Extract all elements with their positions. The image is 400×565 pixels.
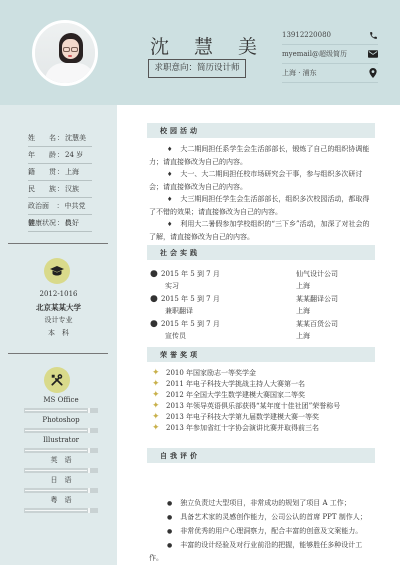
colon: ： — [57, 215, 64, 231]
section-title-practice: 社会实践 — [147, 245, 375, 260]
phone-number: 13912220080 — [282, 31, 331, 39]
info-key: 健康状况 — [28, 215, 56, 231]
campus-text: 大一、大二期间担任校市场研究会干事，参与组织多次研讨会；请直接修改为自己的内容。 — [149, 170, 362, 191]
bullet-icon: ● — [147, 318, 161, 343]
info-row-age: 年龄 ： 24 岁 — [28, 147, 92, 164]
practice-city: 上海 — [296, 330, 376, 342]
info-value: 24 岁 — [65, 147, 83, 163]
practice-company: 某某翻译公司 — [296, 293, 376, 305]
skill-label: 英 语 — [24, 455, 98, 466]
bullet-icon: ● — [147, 293, 161, 318]
colon: ： — [57, 130, 64, 146]
self-eval-item: ●具备艺术家的灵感创作能力，公司公认的首席 PPT 制作人； — [149, 511, 373, 524]
practice-item: ● 2015 年 5 到 7 月兼职翻译 某某翻译公司上海 — [147, 293, 377, 318]
skill-item: 粤 语 — [24, 495, 98, 515]
campus-item: ♦利用大二暑假参加学校组织的“三下乡”活动，加深了对社会的了解，请直接修改为自己… — [149, 218, 373, 243]
practice-date: 2015 年 5 到 7 月 — [161, 293, 296, 305]
campus-item: ♦大三期间担任学生会生活部部长，组织多次校园活动，都取得了不错的效果；请直接修改… — [149, 193, 373, 218]
practice-city: 上海 — [296, 305, 376, 317]
tools-icon — [44, 367, 70, 393]
info-key: 龄 — [49, 147, 56, 163]
edu-degree: 本 科 — [0, 327, 117, 340]
bullet-icon: ● — [167, 542, 172, 549]
job-intent-box: 求职意向：简历设计师 — [148, 59, 246, 78]
info-key: 年 — [28, 147, 35, 163]
mail-icon — [368, 49, 378, 59]
info-key: 名 — [49, 130, 56, 146]
honor-item: ✦2011 年电子科技大学挑战主持人大赛第一名 — [149, 379, 379, 390]
practice-role: 宣传员 — [161, 330, 296, 342]
campus-item: ♦大一、大二期间担任校市场研究会干事，参与组织多次研讨会；请直接修改为自己的内容… — [149, 168, 373, 193]
info-key: 籍 — [28, 164, 35, 180]
skill-bar — [24, 488, 98, 493]
education-block: 2012-1016 北京某某大学 设计专业 本 科 — [0, 288, 117, 340]
skill-label: Photoshop — [24, 415, 98, 426]
sidebar: 姓名 ： 沈慧美 年龄 ： 24 岁 籍贯 ： 上海 民族 ： 汉族 政治面貌 … — [0, 105, 117, 565]
campus-text: 大二期间担任系学生会生活部部长，锻炼了自己的组织协调能力；请直接修改为自己的内容… — [149, 145, 369, 166]
practice-list: ● 2015 年 5 到 7 月实习 仙气设计公司上海 ● 2015 年 5 到… — [147, 268, 377, 343]
practice-item: ● 2015 年 5 到 7 月宣传员 某某百货公司上海 — [147, 318, 377, 343]
self-eval-item: ●丰富的设计经验及对行业前沿的把握，能够胜任多种设计工作。 — [149, 539, 373, 565]
info-row-name: 姓名 ： 沈慧美 — [28, 130, 92, 147]
info-key: 族 — [49, 181, 56, 197]
basic-info: 姓名 ： 沈慧美 年龄 ： 24 岁 籍贯 ： 上海 民族 ： 汉族 政治面貌 … — [28, 130, 92, 232]
section-title-campus: 校园活动 — [147, 123, 375, 138]
info-value: 上海 — [65, 164, 79, 180]
honors-list: ✦2010 年国家励志一等奖学金 ✦2011 年电子科技大学挑战主持人大赛第一名… — [149, 368, 379, 434]
location-text: 上海 · 浦东 — [282, 68, 317, 78]
name-char: 沈 — [150, 32, 170, 59]
diamond-bullet-icon: ♦ — [167, 171, 172, 178]
star-bullet-icon: ✦ — [149, 368, 166, 379]
practice-role: 兼职翻译 — [161, 305, 296, 317]
skill-label: Illustrator — [24, 435, 98, 446]
honor-item: ✦2013 年电子科技大学第九届数学建模大赛一等奖 — [149, 412, 379, 423]
skill-bar — [24, 448, 98, 453]
contact-location: 上海 · 浦东 — [282, 64, 378, 83]
honor-item: ✦2013 年领导英语俱乐部获得“某年度十佳社团”荣誉称号 — [149, 401, 379, 412]
edu-years: 2012-1016 — [0, 288, 117, 301]
info-row-ethnicity: 民族 ： 汉族 — [28, 181, 92, 198]
diamond-bullet-icon: ♦ — [167, 146, 172, 153]
info-key: 政治面貌 — [28, 198, 56, 214]
skill-bar — [24, 468, 98, 473]
honor-text: 2013 年参加省红十字协会演讲比赛并取得前三名 — [166, 423, 319, 434]
honor-text: 2013 年领导英语俱乐部获得“某年度十佳社团”荣誉称号 — [166, 401, 340, 412]
location-pin-icon — [368, 68, 378, 78]
contact-phone: 13912220080 — [282, 26, 378, 45]
star-bullet-icon: ✦ — [149, 412, 166, 423]
skill-item: Illustrator — [24, 435, 98, 455]
main-content: 校园活动 ♦大二期间担任系学生会生活部部长，锻炼了自己的组织协调能力；请直接修改… — [117, 105, 400, 565]
bullet-icon: ● — [167, 528, 172, 535]
self-eval-text: 非常优秀的用户心理洞察力，配合丰富的创意及文案能力。 — [180, 527, 362, 535]
star-bullet-icon: ✦ — [149, 423, 166, 434]
bullet-icon: ● — [167, 500, 172, 507]
diamond-bullet-icon: ♦ — [167, 221, 172, 228]
bullet-icon: ● — [147, 268, 161, 293]
info-row-health: 健康状况 ： 良好 — [28, 215, 92, 232]
skill-item: Photoshop — [24, 415, 98, 435]
info-value: 良好 — [65, 215, 79, 231]
practice-role: 实习 — [161, 280, 296, 292]
skill-label: 粤 语 — [24, 495, 98, 506]
info-value: 汉族 — [65, 181, 79, 197]
colon: ： — [57, 181, 64, 197]
self-eval-item: ●独立负责过大型项目，非常成功的规划了项目 A 工作； — [149, 497, 373, 510]
section-title-honors: 荣誉奖项 — [147, 347, 375, 362]
info-value: 中共党员 — [65, 198, 93, 214]
skill-label: MS Office — [24, 395, 98, 406]
campus-text: 大三期间担任学生会生活部部长，组织多次校园活动，都取得了不错的效果；请直接修改为… — [149, 195, 369, 216]
skill-bar — [24, 428, 98, 433]
practice-item: ● 2015 年 5 到 7 月实习 仙气设计公司上海 — [147, 268, 377, 293]
campus-item: ♦大二期间担任系学生会生活部部长，锻炼了自己的组织协调能力；请直接修改为自己的内… — [149, 143, 373, 168]
candidate-name: 沈 慧 美 — [150, 32, 258, 59]
honor-item: ✦2013 年参加省红十字协会演讲比赛并取得前三名 — [149, 423, 379, 434]
info-key: 民 — [28, 181, 35, 197]
honor-text: 2011 年电子科技大学挑战主持人大赛第一名 — [166, 379, 305, 390]
edu-school: 北京某某大学 — [0, 301, 117, 314]
contact-info: 13912220080 myemail@超级简历 上海 · 浦东 — [282, 26, 378, 83]
colon: ： — [57, 147, 64, 163]
divider — [8, 353, 108, 354]
skill-item: MS Office — [24, 395, 98, 415]
self-eval-item: ●非常优秀的用户心理洞察力，配合丰富的创意及文案能力。 — [149, 525, 373, 538]
name-char: 慧 — [194, 32, 214, 59]
colon: ： — [57, 164, 64, 180]
colon: ： — [57, 198, 64, 214]
info-row-hometown: 籍贯 ： 上海 — [28, 164, 92, 181]
campus-text: 利用大二暑假参加学校组织的“三下乡”活动，加深了对社会的了解，请直接修改为自己的… — [149, 220, 370, 241]
self-eval-text: 具备艺术家的灵感创作能力，公司公认的首席 PPT 制作人； — [180, 513, 367, 521]
honor-item: ✦2010 年国家励志一等奖学金 — [149, 368, 379, 379]
honor-text: 2010 年国家励志一等奖学金 — [166, 368, 256, 379]
info-value: 沈慧美 — [65, 130, 86, 146]
star-bullet-icon: ✦ — [149, 401, 166, 412]
resume-header: 沈 慧 美 求职意向：简历设计师 13912220080 myemail@超级简… — [0, 0, 400, 105]
self-eval-text: 独立负责过大型项目，非常成功的规划了项目 A 工作； — [180, 499, 351, 507]
graduation-cap-icon — [44, 258, 70, 284]
star-bullet-icon: ✦ — [149, 379, 166, 390]
honor-text: 2012 年全国大学生数学建模大赛国家二等奖 — [166, 390, 305, 401]
honor-item: ✦2012 年全国大学生数学建模大赛国家二等奖 — [149, 390, 379, 401]
skill-label: 日 语 — [24, 475, 98, 486]
name-char: 美 — [238, 32, 258, 59]
profile-photo — [32, 20, 98, 86]
divider — [8, 243, 108, 244]
skill-bar — [24, 508, 98, 513]
honor-text: 2013 年电子科技大学第九届数学建模大赛一等奖 — [166, 412, 319, 423]
bullet-icon: ● — [167, 514, 172, 521]
star-bullet-icon: ✦ — [149, 390, 166, 401]
phone-icon — [368, 30, 378, 40]
self-eval-text: 丰富的设计经验及对行业前沿的把握，能够胜任多种设计工作。 — [149, 541, 362, 562]
info-row-political: 政治面貌 ： 中共党员 — [28, 198, 92, 215]
info-key: 姓 — [28, 130, 35, 146]
practice-company: 仙气设计公司 — [296, 268, 376, 280]
practice-city: 上海 — [296, 280, 376, 292]
section-title-self-eval: 自我评价 — [147, 448, 375, 463]
skills-list: MS Office Photoshop Illustrator 英 语 日 语 … — [24, 395, 98, 515]
contact-email: myemail@超级简历 — [282, 45, 378, 64]
edu-major: 设计专业 — [0, 314, 117, 327]
skill-item: 英 语 — [24, 455, 98, 475]
practice-date: 2015 年 5 到 7 月 — [161, 318, 296, 330]
self-eval-list: ●独立负责过大型项目，非常成功的规划了项目 A 工作； ●具备艺术家的灵感创作能… — [149, 497, 373, 565]
practice-company: 某某百货公司 — [296, 318, 376, 330]
practice-date: 2015 年 5 到 7 月 — [161, 268, 296, 280]
diamond-bullet-icon: ♦ — [167, 196, 172, 203]
info-key: 贯 — [49, 164, 56, 180]
skill-bar — [24, 408, 98, 413]
skill-item: 日 语 — [24, 475, 98, 495]
email-address: myemail@超级简历 — [282, 49, 347, 59]
